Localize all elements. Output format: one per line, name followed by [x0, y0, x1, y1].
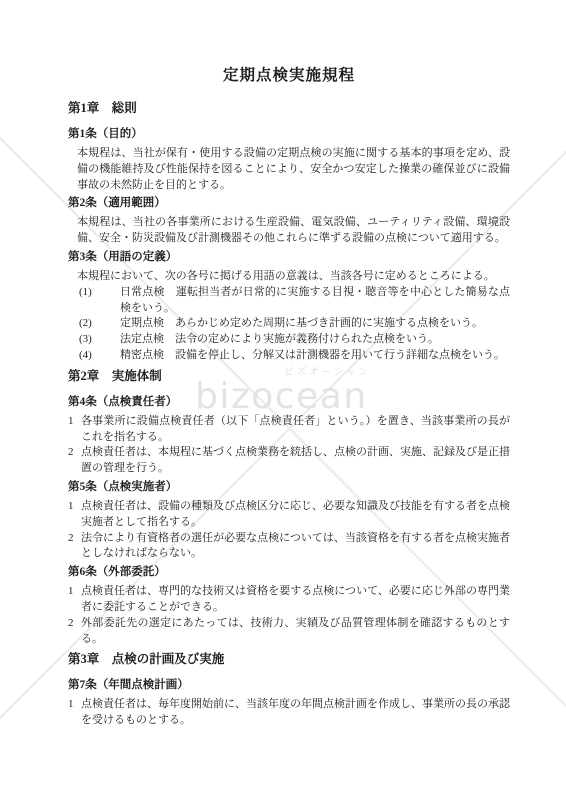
paragraph-text: 本規程は、当社の各事業所における生産設備、電気設備、ユーティリティ設備、環境設備…: [77, 216, 510, 244]
paragraph-text: 点検責任者は、本規程に基づく点検業務を統括し、点検の計画、実施、記録及び是正措置…: [81, 446, 510, 474]
paragraph-number: 2: [68, 531, 74, 547]
item-number: (3): [79, 332, 92, 348]
list-item: (1) 日常点検 運転担当者が日常的に実施する目視・聴音等を中心とした簡易な点検…: [68, 285, 510, 317]
article-heading-6: 第6条（外部委託）: [68, 565, 510, 580]
article-heading-1: 第1条（目的）: [68, 127, 510, 142]
numbered-paragraph: 1 各事業所に設備点検責任者（以下「点検責任者」という。）を置き、当該事業所の長…: [68, 414, 510, 446]
paragraph: 本規程は、当社の各事業所における生産設備、電気設備、ユーティリティ設備、環境設備…: [68, 215, 510, 247]
list-item: (4) 精密点検 設備を停止し、分解又は計測機器を用いて行う詳細な点検をいう。: [68, 348, 510, 364]
numbered-paragraph: 2 法令により有資格者の選任が必要な点検については、当該資格を有する者を点検実施…: [68, 531, 510, 563]
article-heading-5: 第5条（点検実施者）: [68, 480, 510, 495]
list-item: (3) 法定点検 法令の定めにより実施が義務付けられた点検をいう。: [68, 332, 510, 348]
paragraph-text: 点検責任者は、設備の種類及び点検区分に応じ、必要な知識及び技能を有する者を点検実…: [81, 500, 510, 528]
paragraph: 本規程において、次の各号に掲げる用語の意義は、当該各号に定めるところによる。: [68, 269, 510, 285]
numbered-paragraph: 1 点検責任者は、設備の種類及び点検区分に応じ、必要な知識及び技能を有する者を点…: [68, 499, 510, 531]
paragraph-text: 法令により有資格者の選任が必要な点検については、当該資格を有する者を点検実施者と…: [81, 532, 510, 560]
document-page: ビズオーシャン bizocean 定期点検実施規程 第1章 総則 第1条（目的）…: [0, 0, 566, 800]
chapter-heading-3: 第3章 点検の計画及び実施: [68, 651, 510, 668]
chapter-heading-1: 第1章 総則: [68, 100, 510, 117]
article-heading-2: 第2条（適用範囲）: [68, 196, 510, 211]
list-item: (2) 定期点検 あらかじめ定めた周期に基づき計画的に実施する点検をいう。: [68, 316, 510, 332]
paragraph-number: 1: [68, 584, 74, 600]
numbered-paragraph: 1 点検責任者は、毎年度開始前に、当該年度の年間点検計画を作成し、事業所の長の承…: [68, 697, 510, 729]
item-number: (2): [79, 316, 92, 332]
item-text: 定期点検 あらかじめ定めた周期に基づき計画的に実施する点検をいう。: [120, 317, 483, 329]
item-text: 法定点検 法令の定めにより実施が義務付けられた点検をいう。: [120, 333, 439, 345]
paragraph-text: 本規程において、次の各号に掲げる用語の意義は、当該各号に定めるところによる。: [77, 270, 495, 282]
paragraph-text: 点検責任者は、毎年度開始前に、当該年度の年間点検計画を作成し、事業所の長の承認を…: [81, 698, 510, 726]
item-number: (1): [79, 285, 92, 301]
paragraph-text: 点検責任者は、専門的な技術又は資格を要する点検について、必要に応じ外部の専門業者…: [81, 585, 510, 613]
item-text: 日常点検 運転担当者が日常的に実施する目視・聴音等を中心とした簡易な点検をいう。: [120, 286, 510, 314]
paragraph-number: 2: [68, 445, 74, 461]
item-text: 精密点検 設備を停止し、分解又は計測機器を用いて行う詳細な点検をいう。: [120, 349, 505, 361]
paragraph-text: 本規程は、当社が保有・使用する設備の定期点検の実施に関する基本的事項を定め、設備…: [77, 147, 510, 191]
paragraph-number: 1: [68, 499, 74, 515]
numbered-paragraph: 1 点検責任者は、専門的な技術又は資格を要する点検について、必要に応じ外部の専門…: [68, 584, 510, 616]
paragraph-number: 1: [68, 414, 74, 430]
paragraph-text: 外部委託先の選定にあたっては、技術力、実績及び品質管理体制を確認するものとする。: [81, 617, 510, 645]
paragraph-text: 各事業所に設備点検責任者（以下「点検責任者」という。）を置き、当該事業所の長がこ…: [81, 415, 510, 443]
paragraph: 本規程は、当社が保有・使用する設備の定期点検の実施に関する基本的事項を定め、設備…: [68, 146, 510, 193]
numbered-paragraph: 2 外部委託先の選定にあたっては、技術力、実績及び品質管理体制を確認するものとす…: [68, 616, 510, 648]
numbered-paragraph: 2 点検責任者は、本規程に基づく点検業務を統括し、点検の計画、実施、記録及び是正…: [68, 445, 510, 477]
article-heading-3: 第3条（用語の定義）: [68, 250, 510, 265]
article-heading-4: 第4条（点検責任者）: [68, 395, 510, 410]
article-heading-7: 第7条（年間点検計画）: [68, 678, 510, 693]
document-title: 定期点検実施規程: [68, 65, 510, 87]
paragraph-number: 1: [68, 697, 74, 713]
item-number: (4): [79, 348, 92, 364]
paragraph-number: 2: [68, 616, 74, 632]
document-content: 定期点検実施規程 第1章 総則 第1条（目的） 本規程は、当社が保有・使用する設…: [68, 65, 510, 729]
chapter-heading-2: 第2章 実施体制: [68, 368, 510, 385]
